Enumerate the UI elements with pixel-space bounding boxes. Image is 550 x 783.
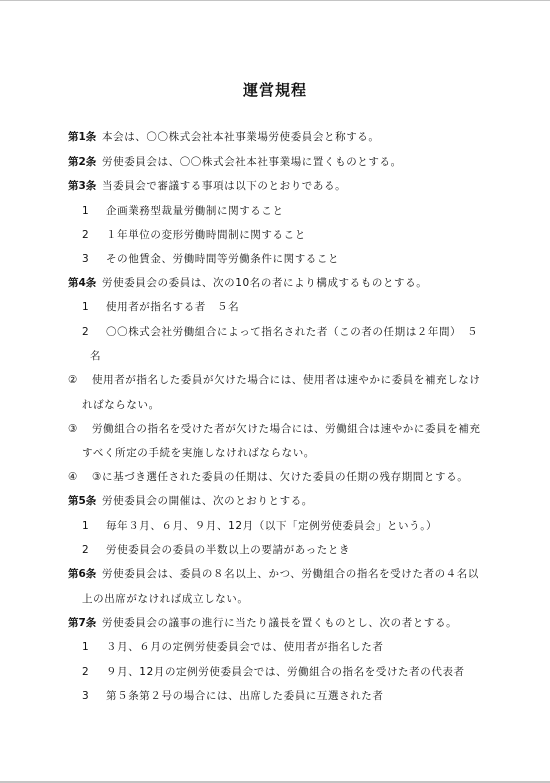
article-text: 当委員会で審議する事項は以下のとおりである。: [102, 180, 346, 192]
article-5-item-2: 2労使委員会の委員の半数以上の要請があったとき: [82, 543, 350, 557]
item-number: 2: [82, 665, 106, 679]
article-7-item-3: 3第５条第２号の場合には、出席した委員に互選された者: [82, 689, 384, 703]
article-label: 第5条: [68, 494, 102, 508]
article-text: 労使委員会は、〇〇株式会社本社事業場に置くものとする。: [102, 156, 402, 168]
item-text: 毎年３月、６月、９月、12月（以下「定例労使委員会」という。）: [106, 520, 437, 532]
item-text: その他賃金、労働時間等労働条件に関すること: [106, 253, 339, 265]
article-label: 第1条: [68, 130, 102, 144]
paragraph-text-continued: すべく所定の手続を実施しなければならない。: [82, 447, 315, 459]
article-3-item-3: 3その他賃金、労働時間等労働条件に関すること: [82, 252, 339, 266]
article-4-item-1: 1使用者が指名する者 ５名: [82, 300, 239, 314]
article-4-item-2: 2〇〇株式会社労働組合によって指名された者（この者の任期は２年間） ５: [82, 325, 478, 339]
article-7: 第7条労使委員会の議事の進行に当たり議長を置くものとし、次の者とする。: [68, 616, 457, 630]
article-5: 第5条労使委員会の開催は、次のとおりとする。: [68, 494, 313, 508]
article-7-item-1: 1３月、６月の定例労使委員会では、使用者が指名した者: [82, 640, 384, 654]
article-3-item-1: 1企画業務型裁量労働制に関すること: [82, 204, 284, 218]
article-4-para-2-cont: ればならない。: [82, 398, 160, 412]
article-1: 第1条本会は、〇〇株式会社本社事業場労使委員会と称する。: [68, 130, 380, 144]
item-number: 1: [82, 204, 106, 218]
item-number: 2: [82, 543, 106, 557]
article-text: 労使委員会の委員は、次の10名の者により構成するものとする。: [102, 277, 427, 289]
item-text: １年単位の変形労働時間制に関すること: [106, 229, 306, 241]
article-text: 本会は、〇〇株式会社本社事業場労使委員会と称する。: [102, 131, 380, 143]
paragraph-number: ②: [68, 373, 92, 387]
article-4-para-3-cont: すべく所定の手続を実施しなければならない。: [82, 446, 315, 460]
article-3: 第3条当委員会で審議する事項は以下のとおりである。: [68, 179, 346, 193]
article-text: 労使委員会の議事の進行に当たり議長を置くものとし、次の者とする。: [102, 617, 457, 629]
article-label: 第6条: [68, 567, 102, 581]
article-7-item-2: 2９月、12月の定例労使委員会では、労働組合の指名を受けた者の代表者: [82, 665, 465, 679]
article-text-continued: 上の出席がなければ成立しない。: [82, 593, 249, 605]
article-4-item-2-cont: 名: [90, 349, 101, 363]
paragraph-text: 労働組合の指名を受けた者が欠けた場合には、労働組合は速やかに委員を補充: [92, 423, 481, 435]
article-6-cont: 上の出席がなければ成立しない。: [82, 592, 249, 606]
item-text: 企画業務型裁量労働制に関すること: [106, 205, 284, 217]
item-number: 3: [82, 689, 106, 703]
article-4-para-3: ③労働組合の指名を受けた者が欠けた場合には、労働組合は速やかに委員を補充: [68, 422, 481, 436]
paragraph-text: ③に基づき選任された委員の任期は、欠けた委員の任期の残存期間とする。: [92, 471, 468, 483]
item-text: 第５条第２号の場合には、出席した委員に互選された者: [106, 690, 384, 702]
article-label: 第4条: [68, 276, 102, 290]
article-label: 第7条: [68, 616, 102, 630]
document-page: 運営規程 第1条本会は、〇〇株式会社本社事業場労使委員会と称する。 第2条労使委…: [0, 0, 550, 783]
item-number: 2: [82, 228, 106, 242]
article-label: 第3条: [68, 179, 102, 193]
item-number: 3: [82, 252, 106, 266]
item-number: 1: [82, 519, 106, 533]
item-number: 2: [82, 325, 106, 339]
item-text: 〇〇株式会社労働組合によって指名された者（この者の任期は２年間） ５: [106, 326, 478, 338]
item-text-continued: 名: [90, 350, 101, 362]
item-text: 労使委員会の委員の半数以上の要請があったとき: [106, 544, 350, 556]
item-text: ３月、６月の定例労使委員会では、使用者が指名した者: [106, 641, 384, 653]
paragraph-text-continued: ればならない。: [82, 399, 160, 411]
article-text: 労使委員会は、委員の８名以上、かつ、労働組合の指名を受けた者の４名以: [102, 568, 479, 580]
article-label: 第2条: [68, 155, 102, 169]
article-3-item-2: 2１年単位の変形労働時間制に関すること: [82, 228, 306, 242]
paragraph-number: ③: [68, 422, 92, 436]
article-text: 労使委員会の開催は、次のとおりとする。: [102, 495, 313, 507]
article-4: 第4条労使委員会の委員は、次の10名の者により構成するものとする。: [68, 276, 427, 290]
paragraph-number: ④: [68, 470, 92, 484]
item-text: ９月、12月の定例労使委員会では、労働組合の指名を受けた者の代表者: [106, 666, 465, 678]
item-text: 使用者が指名する者 ５名: [106, 301, 239, 313]
article-2: 第2条労使委員会は、〇〇株式会社本社事業場に置くものとする。: [68, 155, 402, 169]
document-title: 運営規程: [0, 79, 550, 100]
article-6: 第6条労使委員会は、委員の８名以上、かつ、労働組合の指名を受けた者の４名以: [68, 567, 479, 581]
paragraph-text: 使用者が指名した委員が欠けた場合には、使用者は速やかに委員を補充しなけ: [92, 374, 481, 386]
article-5-item-1: 1毎年３月、６月、９月、12月（以下「定例労使委員会」という。）: [82, 519, 437, 533]
item-number: 1: [82, 640, 106, 654]
article-4-para-4: ④③に基づき選任された委員の任期は、欠けた委員の任期の残存期間とする。: [68, 470, 468, 484]
article-4-para-2: ②使用者が指名した委員が欠けた場合には、使用者は速やかに委員を補充しなけ: [68, 373, 481, 387]
item-number: 1: [82, 300, 106, 314]
